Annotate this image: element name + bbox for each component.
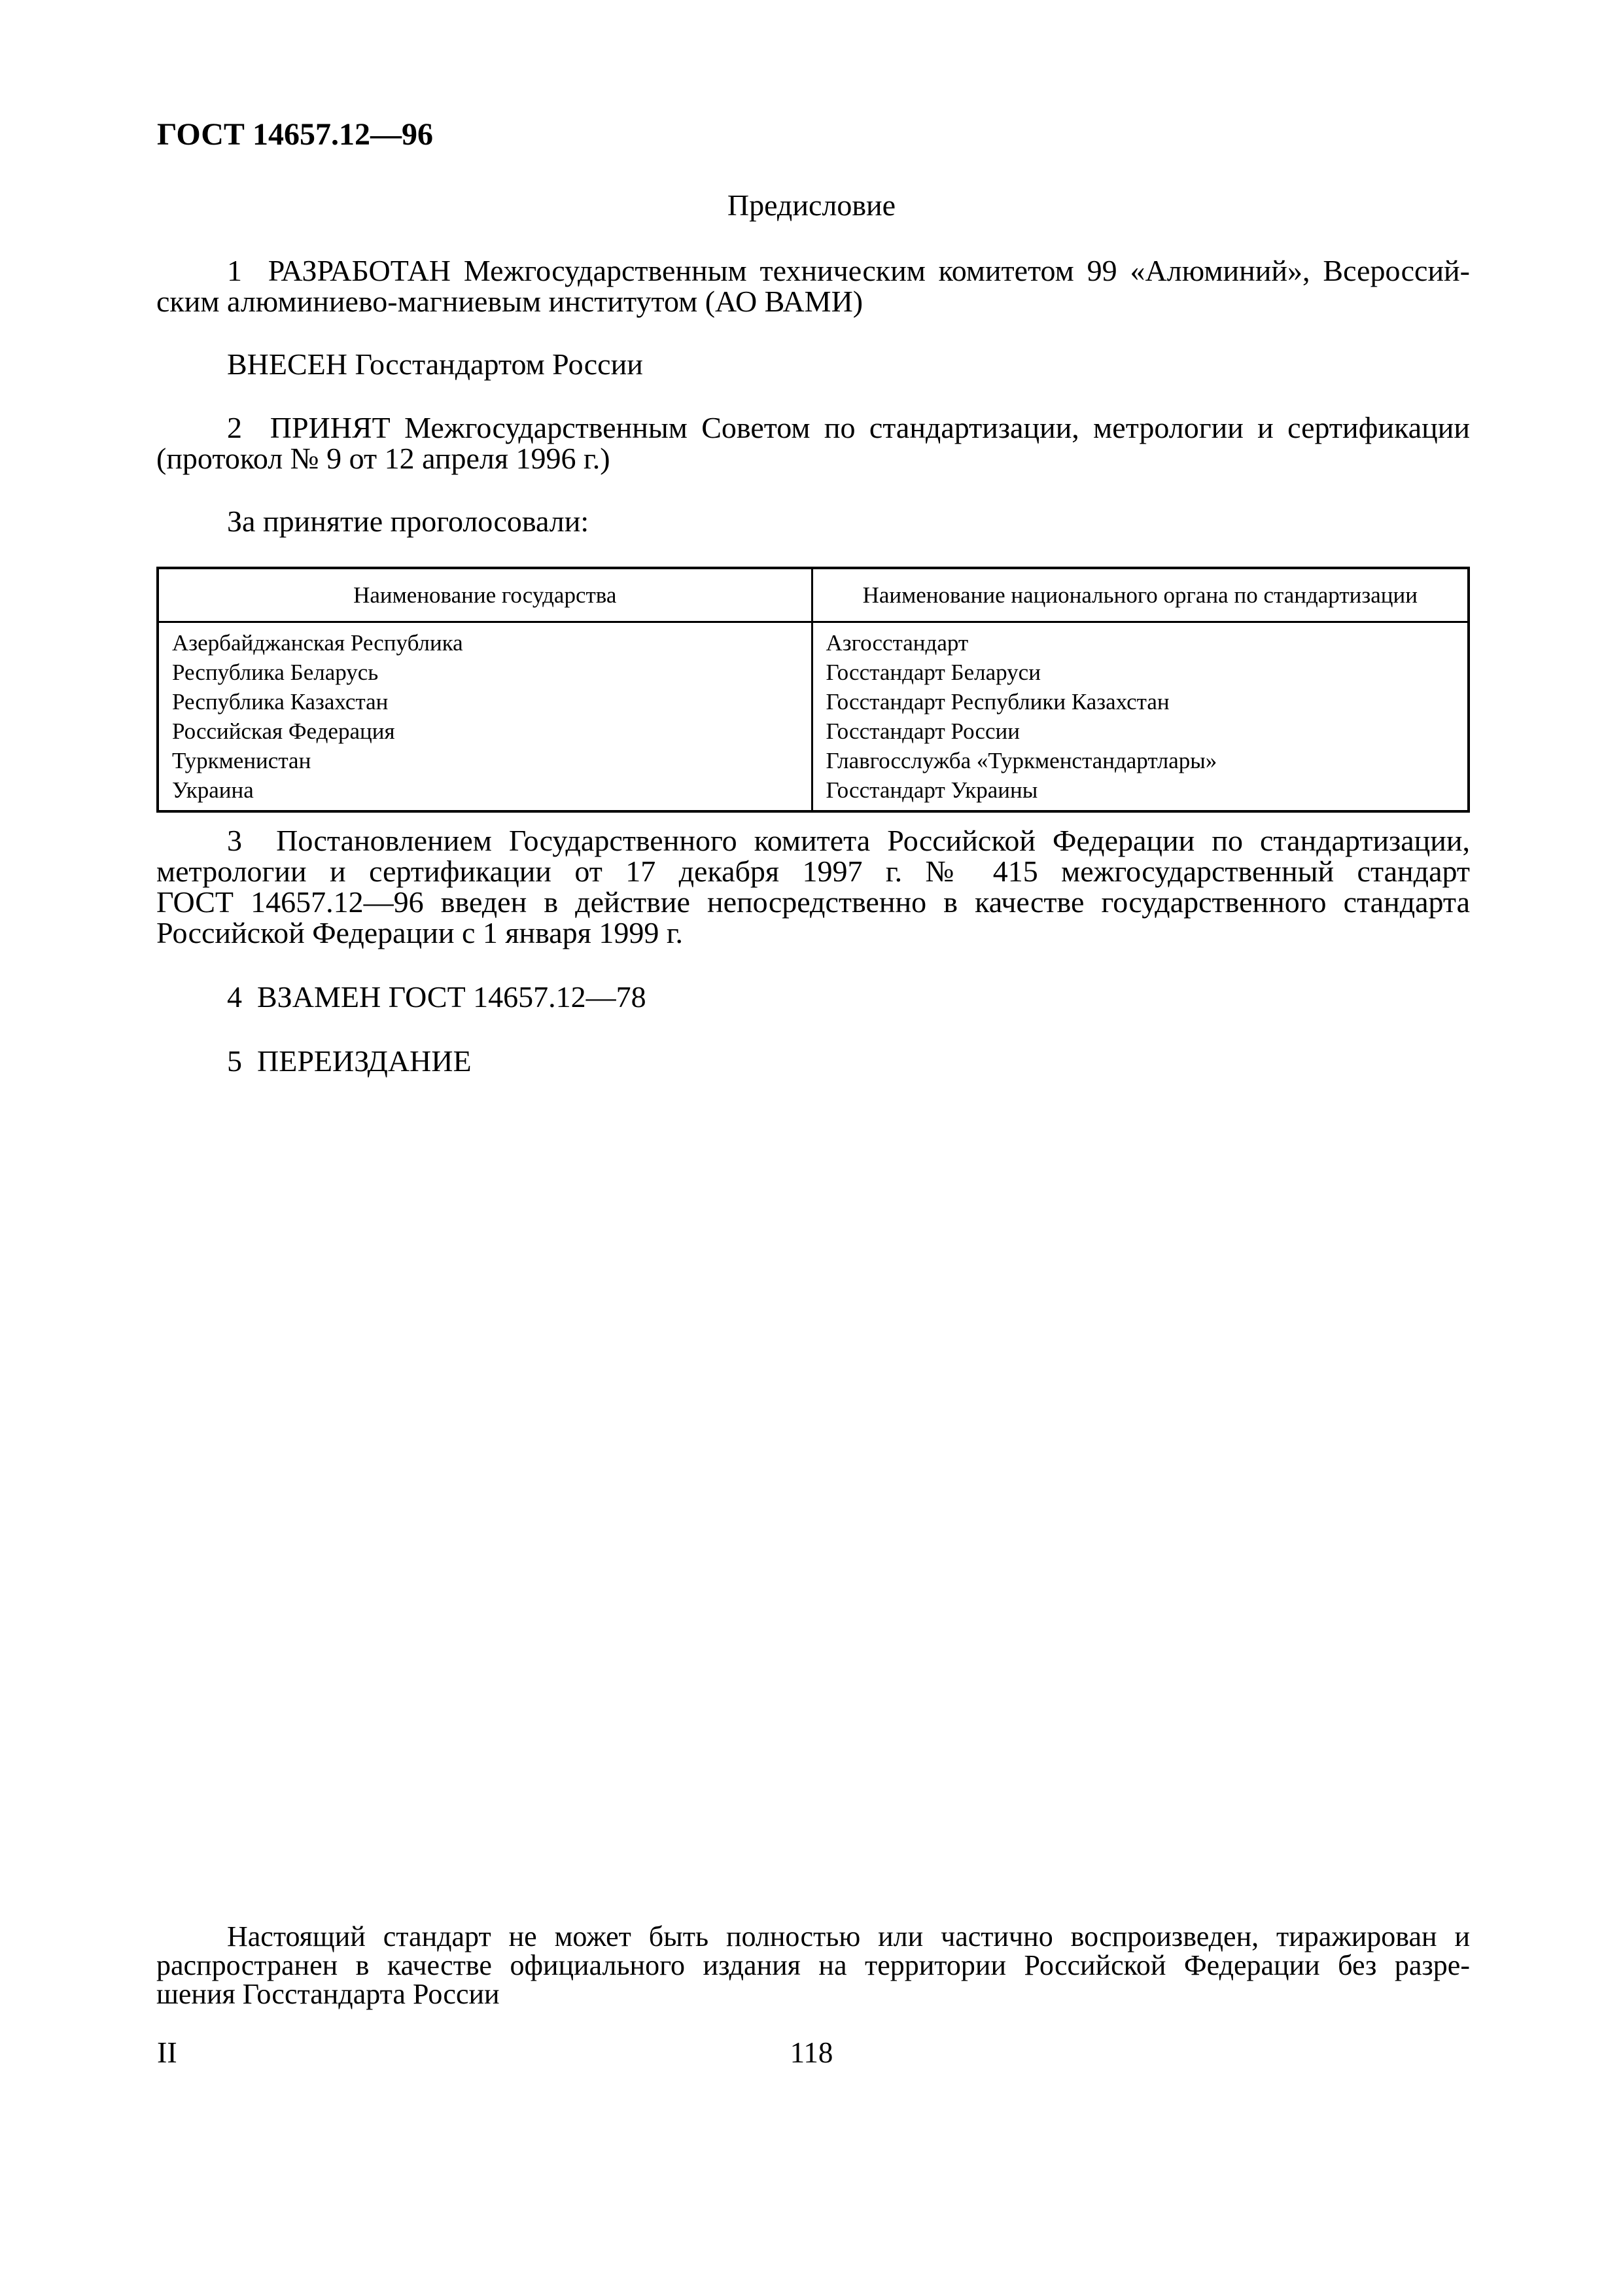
- table-row: УкраинаГосстандарт Украины: [158, 775, 1469, 811]
- table-cell: Госстандарт Республики Казахстан: [812, 687, 1469, 716]
- table-cell: Украина: [158, 775, 812, 811]
- voting-table: Наименование государства Наименование на…: [156, 567, 1470, 813]
- text-line: 4 ВЗАМЕН ГОСТ 14657.12—78: [156, 981, 1470, 1012]
- table-row: Республика КазахстанГосстандарт Республи…: [158, 687, 1469, 716]
- clause-submitted: ВНЕСЕН Госстандартом России: [156, 349, 1470, 380]
- table-row: Республика БеларусьГосстандарт Беларуси: [158, 658, 1469, 687]
- page-number: 118: [0, 2038, 1623, 2068]
- table-cell: Госстандарт Украины: [812, 775, 1469, 811]
- table-cell: Госстандарт Беларуси: [812, 658, 1469, 687]
- text-line: 1 РАЗРАБОТАН Межгосударственным техничес…: [156, 255, 1470, 286]
- table-cell: Российская Федерация: [158, 716, 812, 746]
- text-line: Настоящий стандарт не может быть полност…: [156, 1922, 1470, 1951]
- text-line: 5 ПЕРЕИЗДАНИЕ: [156, 1046, 1470, 1076]
- text-line: метрологии и сертификации от 17 декабря …: [156, 856, 1470, 887]
- table-cell: Туркменистан: [158, 746, 812, 775]
- text-line: ГОСТ 14657.12—96 введен в действие непос…: [156, 887, 1470, 917]
- clause-replaces: 4 ВЗАМЕН ГОСТ 14657.12—78: [156, 981, 1470, 1012]
- clause-reissue: 5 ПЕРЕИЗДАНИЕ: [156, 1046, 1470, 1076]
- column-header-state: Наименование государства: [158, 568, 812, 622]
- copyright-notice: Настоящий стандарт не может быть полност…: [156, 1922, 1470, 2009]
- table-cell: Республика Беларусь: [158, 658, 812, 687]
- table-header-row: Наименование государства Наименование на…: [158, 568, 1469, 622]
- text-line: (протокол № 9 от 12 апреля 1996 г.): [156, 443, 1470, 474]
- clause-accepted: 2 ПРИНЯТ Межгосударственным Советом по с…: [156, 412, 1470, 474]
- clause-enacted: 3 Постановлением Государственного комите…: [156, 825, 1470, 948]
- text-line: распространен в качестве официального из…: [156, 1951, 1470, 1980]
- text-line: 2 ПРИНЯТ Межгосударственным Советом по с…: [156, 412, 1470, 443]
- table-cell: Азербайджанская Республика: [158, 622, 812, 658]
- standard-code: ГОСТ 14657.12—96: [157, 119, 433, 150]
- text-line: За принятие проголосовали:: [156, 506, 1470, 537]
- table-cell: Республика Казахстан: [158, 687, 812, 716]
- preface-title: Предисловие: [0, 190, 1623, 221]
- text-line: ским алюминиево-магниевым институтом (АО…: [156, 286, 1470, 317]
- text-line: ВНЕСЕН Госстандартом России: [156, 349, 1470, 380]
- table-row: Азербайджанская РеспубликаАзгосстандарт: [158, 622, 1469, 658]
- clause-developed: 1 РАЗРАБОТАН Межгосударственным техничес…: [156, 255, 1470, 317]
- document-page: ГОСТ 14657.12—96 Предисловие 1 РАЗРАБОТА…: [0, 0, 1623, 2296]
- table-cell: Главгосслужба «Туркменстандартлары»: [812, 746, 1469, 775]
- text-line: Российской Федерации с 1 января 1999 г.: [156, 917, 1470, 948]
- text-line: 3 Постановлением Государственного комите…: [156, 825, 1470, 856]
- table-cell: Госстандарт России: [812, 716, 1469, 746]
- table-row: Российская ФедерацияГосстандарт России: [158, 716, 1469, 746]
- column-header-authority: Наименование национального органа по ста…: [812, 568, 1469, 622]
- table-cell: Азгосстандарт: [812, 622, 1469, 658]
- voting-table-body: Азербайджанская РеспубликаАзгосстандартР…: [158, 622, 1469, 812]
- table-row: ТуркменистанГлавгосслужба «Туркменстанда…: [158, 746, 1469, 775]
- text-line: шения Госстандарта России: [156, 1980, 1470, 2009]
- voting-intro: За принятие проголосовали:: [156, 506, 1470, 537]
